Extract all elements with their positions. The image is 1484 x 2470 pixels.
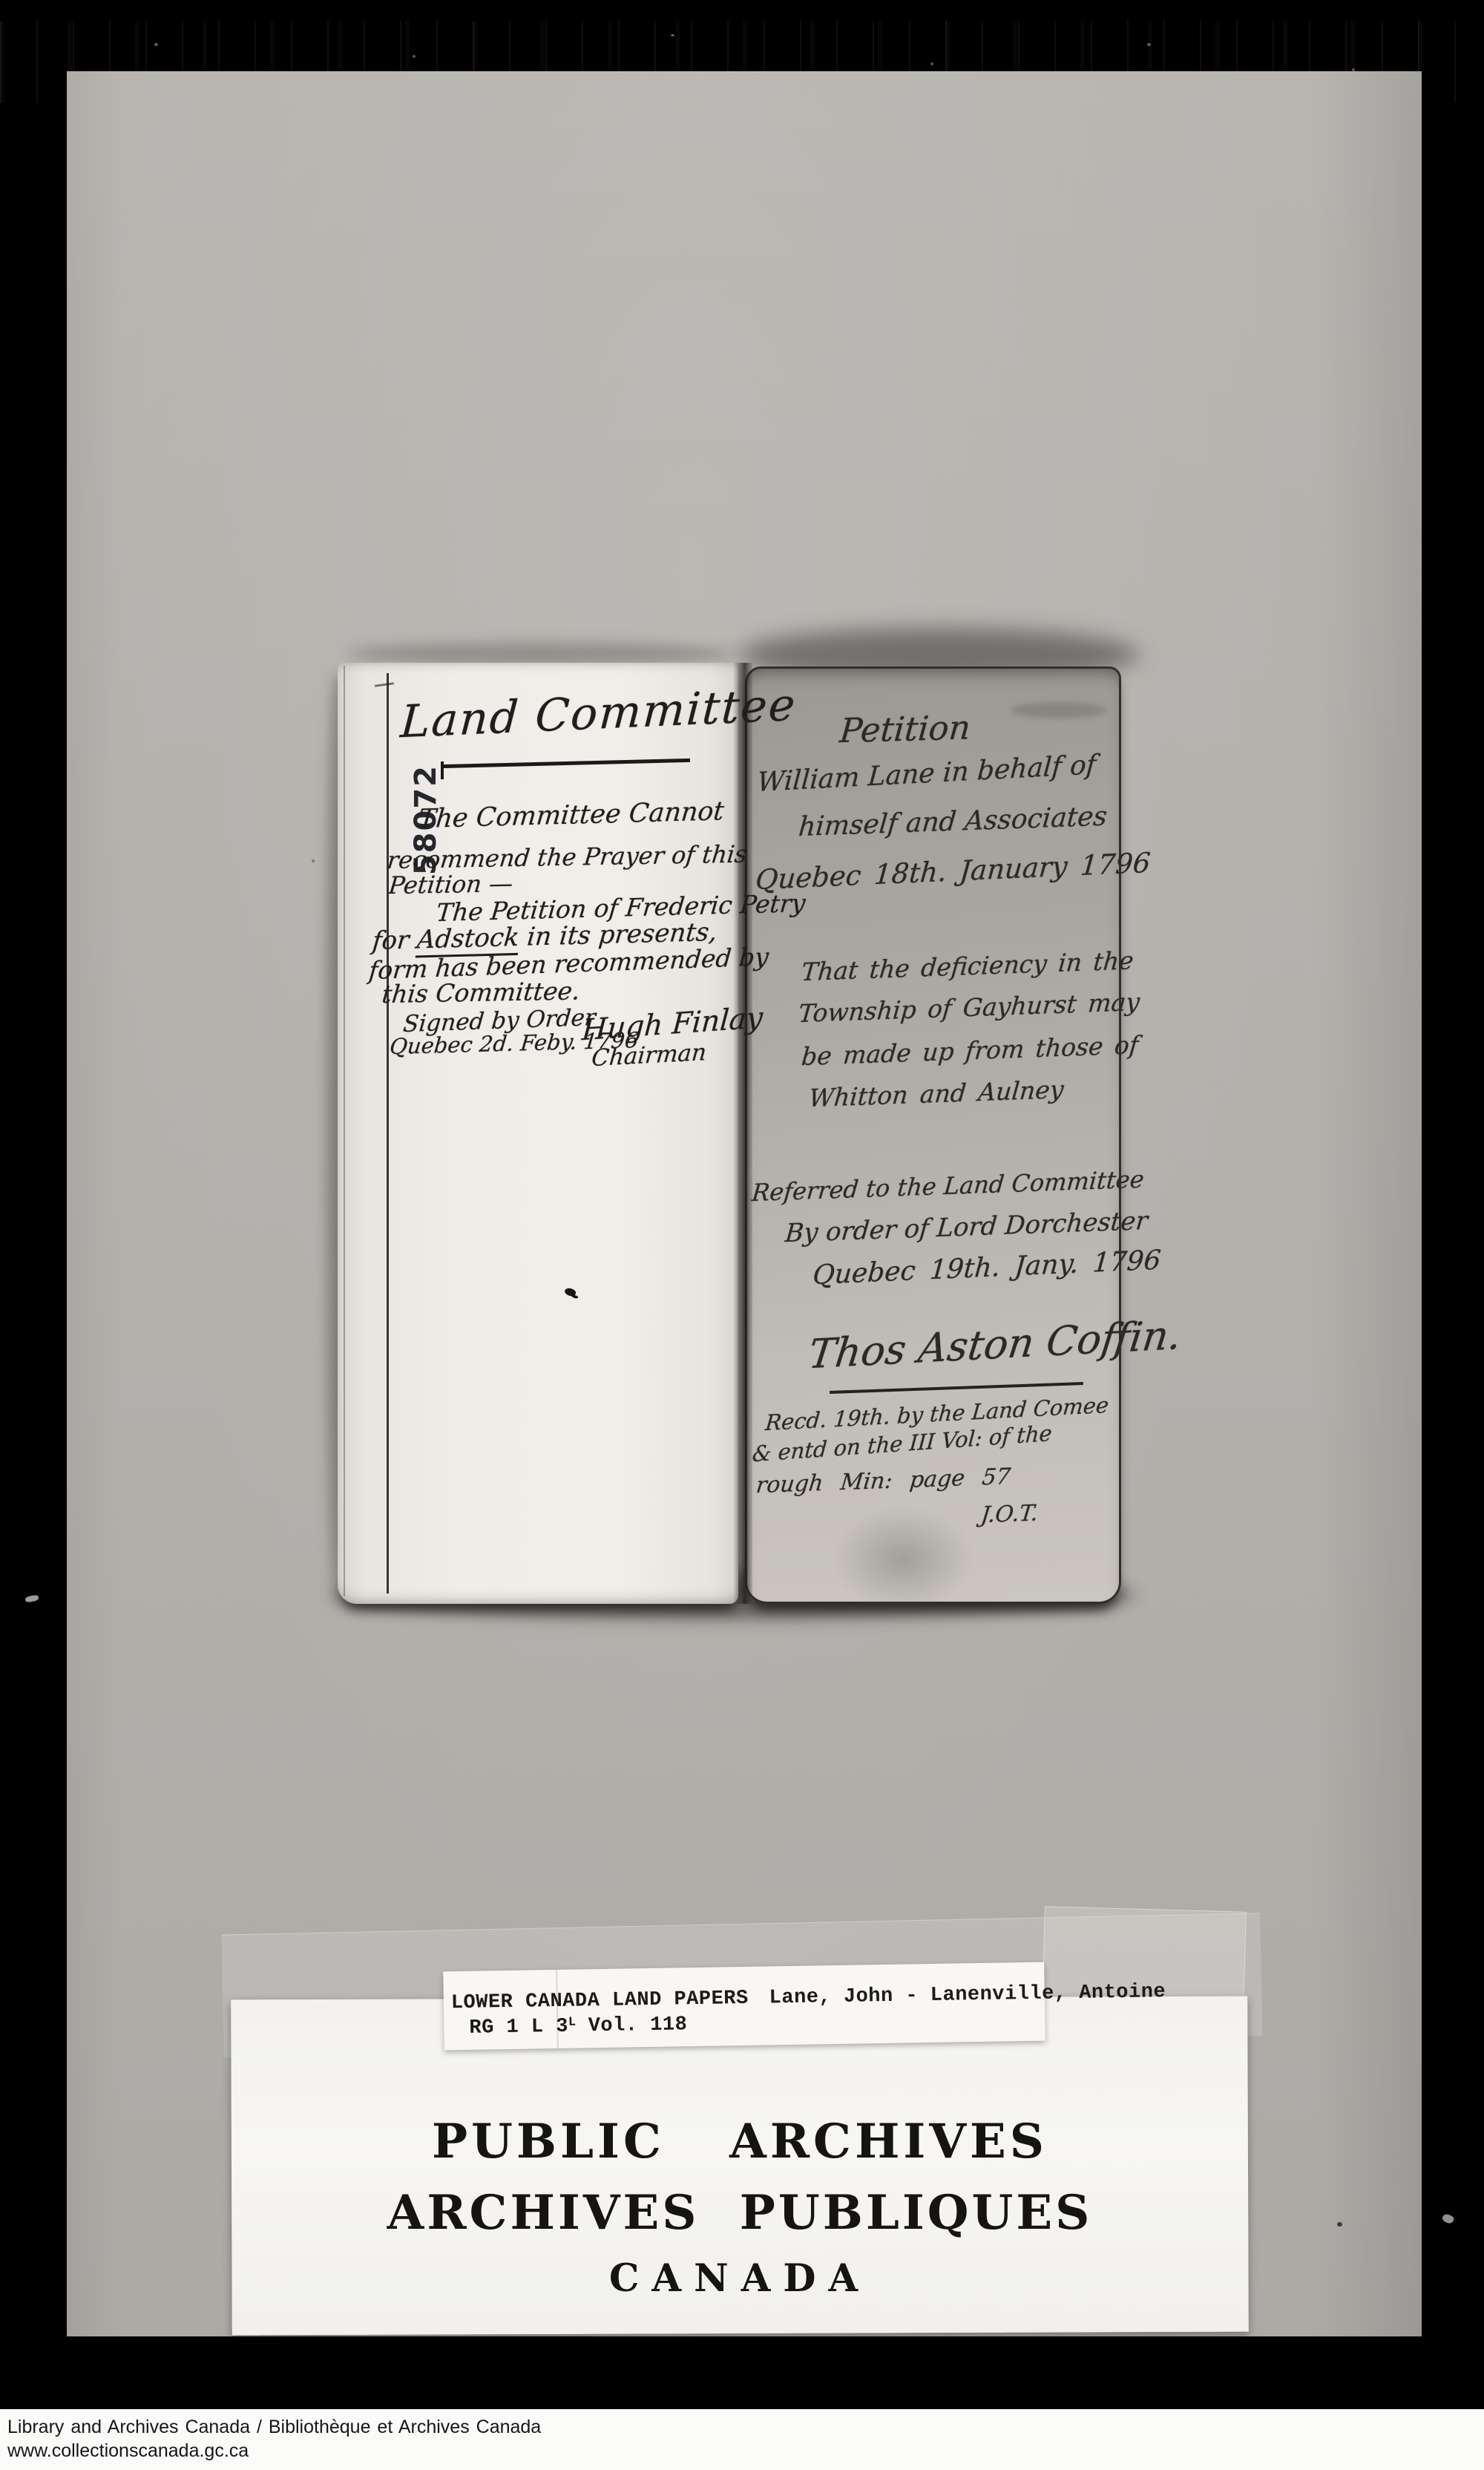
film-speck	[671, 34, 674, 36]
footer-url: www.collectionscanada.gc.ca	[7, 2440, 249, 2462]
lac-footer: Library and Archives Canada / Bibliothèq…	[0, 2409, 1484, 2470]
scanned-archival-image: Land Committee 58072 The Committee Canno…	[0, 0, 1484, 2470]
record-group-superscript: L	[568, 2016, 577, 2030]
line-fragment: for	[371, 925, 418, 956]
book-top-shadow-left	[347, 643, 733, 665]
film-speck	[1441, 2212, 1454, 2225]
film-speck	[413, 55, 416, 58]
dust-speck	[312, 859, 315, 862]
page-stack-edge	[344, 666, 345, 1596]
volume-number: Vol. 118	[588, 2014, 687, 2037]
film-speck	[1147, 43, 1151, 46]
public-archives-title-fr: ARCHIVES PUBLIQUES	[232, 2185, 1248, 2241]
public-archives-canada: CANADA	[232, 2256, 1248, 2301]
label-reference-line: RG 1 L 3LVol. 118	[469, 2014, 687, 2040]
handwritten-line: this Committee.	[381, 976, 582, 1009]
film-speck	[154, 43, 158, 46]
film-speck	[930, 62, 933, 65]
record-group: RG 1 L 3	[469, 2016, 568, 2040]
page-corner-edge	[375, 682, 394, 687]
book-gutter-shadow	[733, 663, 752, 1604]
clerk-initials: J.O.T.	[979, 1500, 1039, 1528]
footer-institution-line: Library and Archives Canada / Bibliothèq…	[7, 2417, 541, 2438]
handwritten-line: Petition —	[387, 869, 514, 900]
public-archives-title-en: PUBLIC ARCHIVES	[232, 2114, 1248, 2169]
right-page-heading: Petition	[838, 707, 972, 750]
typed-reference-label: LOWER CANADA LAND PAPERSLane, John - Lan…	[443, 1962, 1045, 2051]
collection-title: LOWER CANADA LAND PAPERS	[451, 1988, 749, 2014]
margin-rule-line	[387, 673, 389, 1593]
dust-speck	[1337, 2222, 1342, 2227]
damp-stain	[833, 1507, 974, 1611]
film-speck	[24, 1594, 39, 1603]
faint-stamp-mark	[1011, 702, 1107, 718]
